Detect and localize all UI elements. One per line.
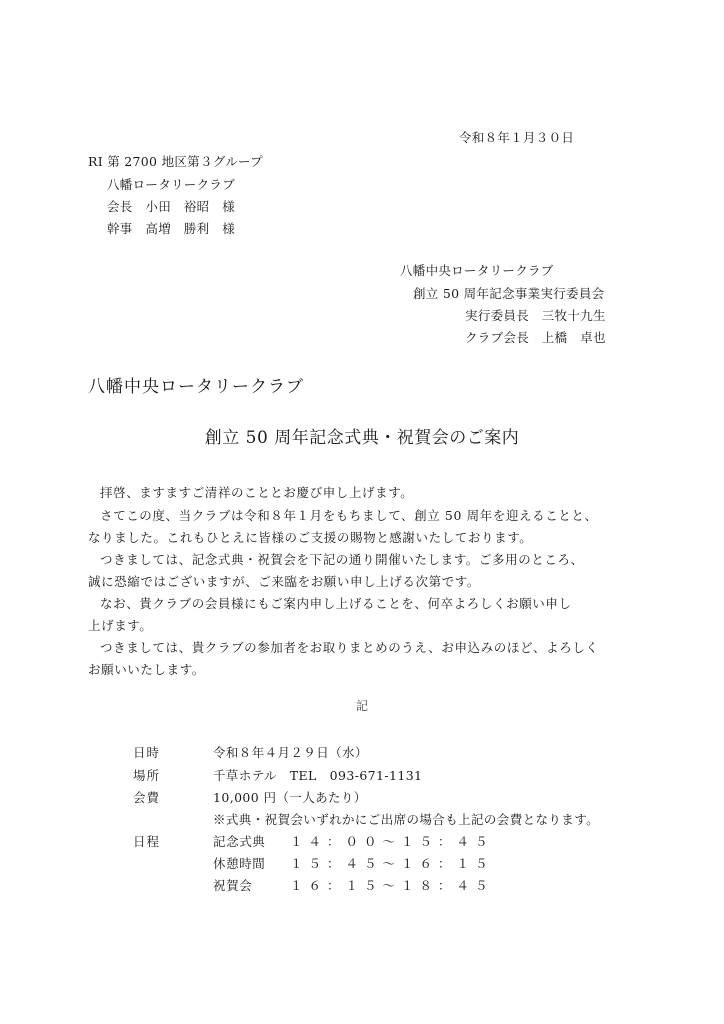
schedule-item-name: 休憩時間 <box>213 854 265 872</box>
sender-president: クラブ会長 上橋 卓也 <box>465 328 606 346</box>
ki-heading: 記 <box>0 697 724 714</box>
fee-label: 会費 <box>133 788 160 806</box>
body-line: 拝啓、ますますご清祥のこととお慶び申し上げます。 <box>100 483 413 501</box>
schedule-item-time: １４：００～１５：４５ <box>290 832 494 850</box>
schedule-item-time: １５：４５～１６：１５ <box>290 854 494 872</box>
sender-committee: 創立 50 周年記念事業実行委員会 <box>413 284 604 302</box>
body-line: つきましては、貴クラブの参加者をお取りまとめのうえ、お申込みのほど、よろしく <box>100 638 599 656</box>
datetime-value: 令和８年４月２９日（水） <box>213 743 368 761</box>
recipient-group: RI 第 2700 地区第３グループ <box>88 152 263 170</box>
sender-chairman: 実行委員長 三牧十九生 <box>465 306 606 324</box>
body-line: お願いいたします。 <box>88 660 205 678</box>
sender-club: 八幡中央ロータリークラブ <box>400 261 554 279</box>
body-line: さてこの度、当クラブは令和８年１月をもちまして、創立 50 周年を迎えることと、 <box>100 506 598 524</box>
place-label: 場所 <box>133 766 160 784</box>
fee-note: ※式典・祝賀会いずれかにご出席の場合も上記の会費となります。 <box>213 810 599 828</box>
body-line: つきましては、記念式典・祝賀会を下記の通り開催いたします。ご多用のところ、 <box>100 550 584 568</box>
org-heading: 八幡中央ロータリークラブ <box>88 372 304 397</box>
body-line: 誠に恐縮ではございますが、ご来臨をお願い申し上げる次第です。 <box>88 572 480 590</box>
fee-value: 10,000 円（一人あたり） <box>213 788 367 806</box>
datetime-label: 日時 <box>133 743 160 761</box>
letter-date: 令和８年１月３０日 <box>459 128 574 146</box>
recipient-president: 会長 小田 裕昭 様 <box>107 197 235 215</box>
body-line: 上げます。 <box>88 616 153 634</box>
schedule-item-name: 記念式典 <box>213 832 265 850</box>
place-value: 千草ホテル TEL 093-671-1131 <box>213 766 422 784</box>
recipient-secretary: 幹事 高増 勝利 様 <box>107 219 235 237</box>
schedule-item-time: １６：１５～１８：４５ <box>290 876 494 894</box>
schedule-item-name: 祝賀会 <box>213 876 252 894</box>
body-line: なお、貴クラブの会員様にもご案内申し上げることを、何卒よろしくお願い申し <box>100 594 572 612</box>
schedule-label: 日程 <box>133 832 160 850</box>
recipient-club: 八幡ロータリークラブ <box>107 175 235 193</box>
document-title: 創立 50 周年記念式典・祝賀会のご案内 <box>0 423 724 448</box>
body-line: なりました。これもひとえに皆様のご支援の賜物と感謝いたしております。 <box>88 528 532 546</box>
